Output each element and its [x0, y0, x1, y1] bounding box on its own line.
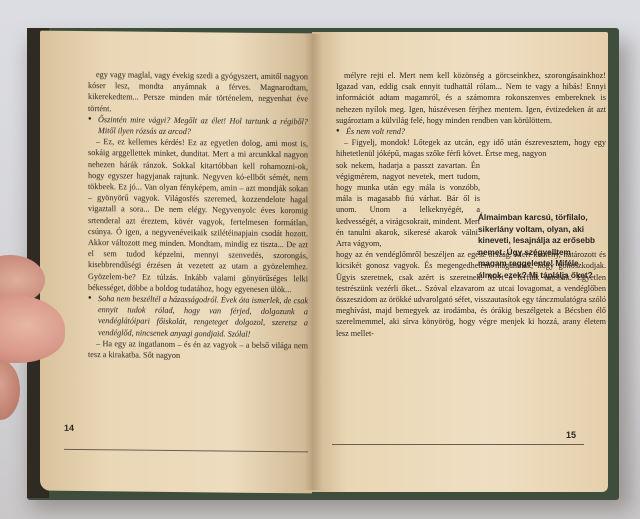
footer-rule-right	[332, 444, 584, 445]
hand-finger-lower	[0, 360, 20, 420]
question-paragraph: Őszintén mire vágyi? Megőlt az élet! Hol…	[88, 114, 308, 139]
left-page: egy vagy maglal, vagy évekig szedi a gyó…	[40, 31, 312, 494]
paragraph: – Ha egy az ingatlanom – és én az vagyok…	[88, 338, 308, 363]
paragraph: – Ez, ez kellemes kérdés! Ez az egyetlen…	[88, 136, 308, 295]
page-number-left: 14	[64, 423, 74, 433]
footer-rule-left	[64, 449, 308, 453]
paragraph: sok nekem, hadarja a passzt zavartan. Én…	[336, 160, 480, 250]
left-page-text: egy vagy maglal, vagy évekig szedi a gyó…	[88, 69, 308, 363]
paragraph: mélyre rejti el. Mert nem kell közönség …	[336, 70, 606, 126]
page-number-right: 15	[566, 430, 576, 440]
pull-quote: Álmaimban karcsú, törfilalo, sikerlány v…	[478, 212, 596, 282]
right-page-text: mélyre rejti el. Mert nem kell közönség …	[336, 70, 606, 339]
book-gutter	[304, 34, 322, 490]
narrow-column: sok nekem, hadarja a passzt zavartan. Én…	[336, 160, 480, 250]
paragraph: – Figyelj, mondok! Lőtegek az utcán, egy…	[336, 137, 606, 159]
question-paragraph: És nem volt rend?	[336, 126, 606, 137]
question-paragraph: Soha nem beszéltél a házasságodról. Évek…	[88, 293, 308, 340]
right-page: mélyre rejti el. Mert nem kell közönség …	[312, 32, 608, 492]
paragraph: egy vagy maglal, vagy évekig szedi a gyó…	[88, 69, 308, 116]
